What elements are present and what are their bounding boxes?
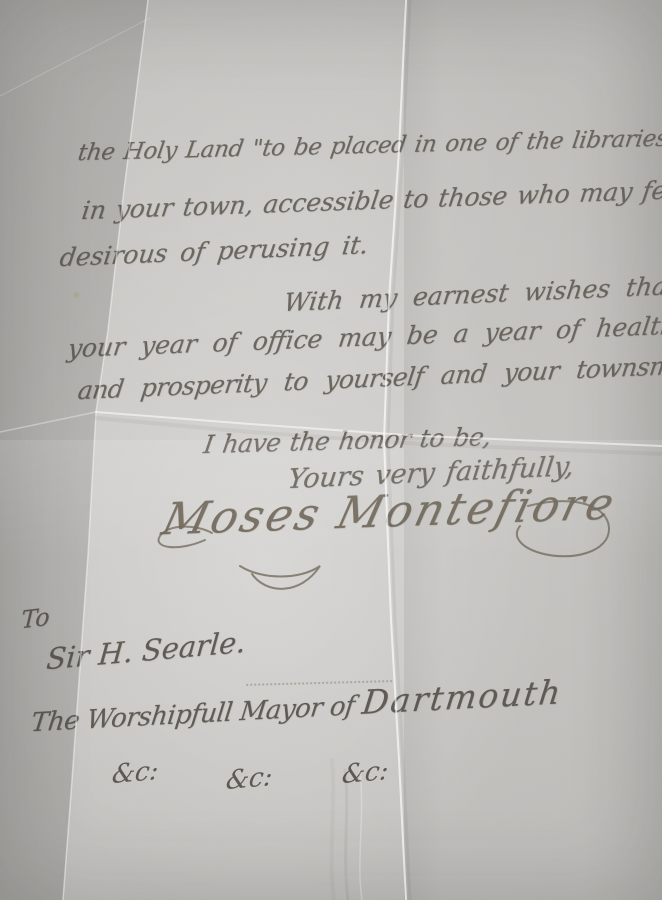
signature-flourish	[0, 0, 662, 900]
etc-mark-1: &c:	[110, 756, 160, 790]
address-city: Dartmouth	[360, 672, 565, 722]
fold-shadow-right	[404, 0, 662, 900]
etc-mark-2: &c:	[224, 762, 274, 796]
fold-shadow-left	[0, 0, 662, 900]
closing-line-2: Yours very faithfully,	[286, 451, 576, 495]
signature: Moses Montefiore	[157, 478, 622, 545]
address-to-label: To	[21, 603, 51, 635]
address-title-line: The Worshipfull Mayor of Dartmouth	[29, 672, 565, 739]
dotted-rule	[246, 666, 392, 686]
address-title-prefix: The Worshipfull Mayor of	[29, 691, 356, 738]
etc-mark-3: &c:	[340, 756, 390, 790]
letter-photograph: the Holy Land "to be placed in one of th…	[0, 0, 662, 900]
body-line-6: and prosperity to yourself and your town…	[76, 350, 662, 405]
handwriting-layer: the Holy Land "to be placed in one of th…	[0, 0, 662, 900]
body-line-3: desirous of perusing it.	[58, 230, 370, 272]
paper-crease-lines	[0, 0, 662, 900]
body-line-5: your year of office may be a year of hea…	[66, 311, 662, 364]
body-line-1: the Holy Land "to be placed in one of th…	[76, 125, 662, 166]
paper-grain-texture	[0, 0, 662, 900]
address-recipient: Sir H. Searle.	[45, 625, 247, 677]
body-line-4: With my earnest wishes that	[282, 271, 662, 317]
closing-line-1: I have the honor to be,	[202, 422, 493, 459]
foxing-spot	[72, 291, 81, 299]
body-line-2: in your town, accessible to those who ma…	[80, 175, 662, 225]
fold-highlight-bottom	[0, 440, 662, 900]
